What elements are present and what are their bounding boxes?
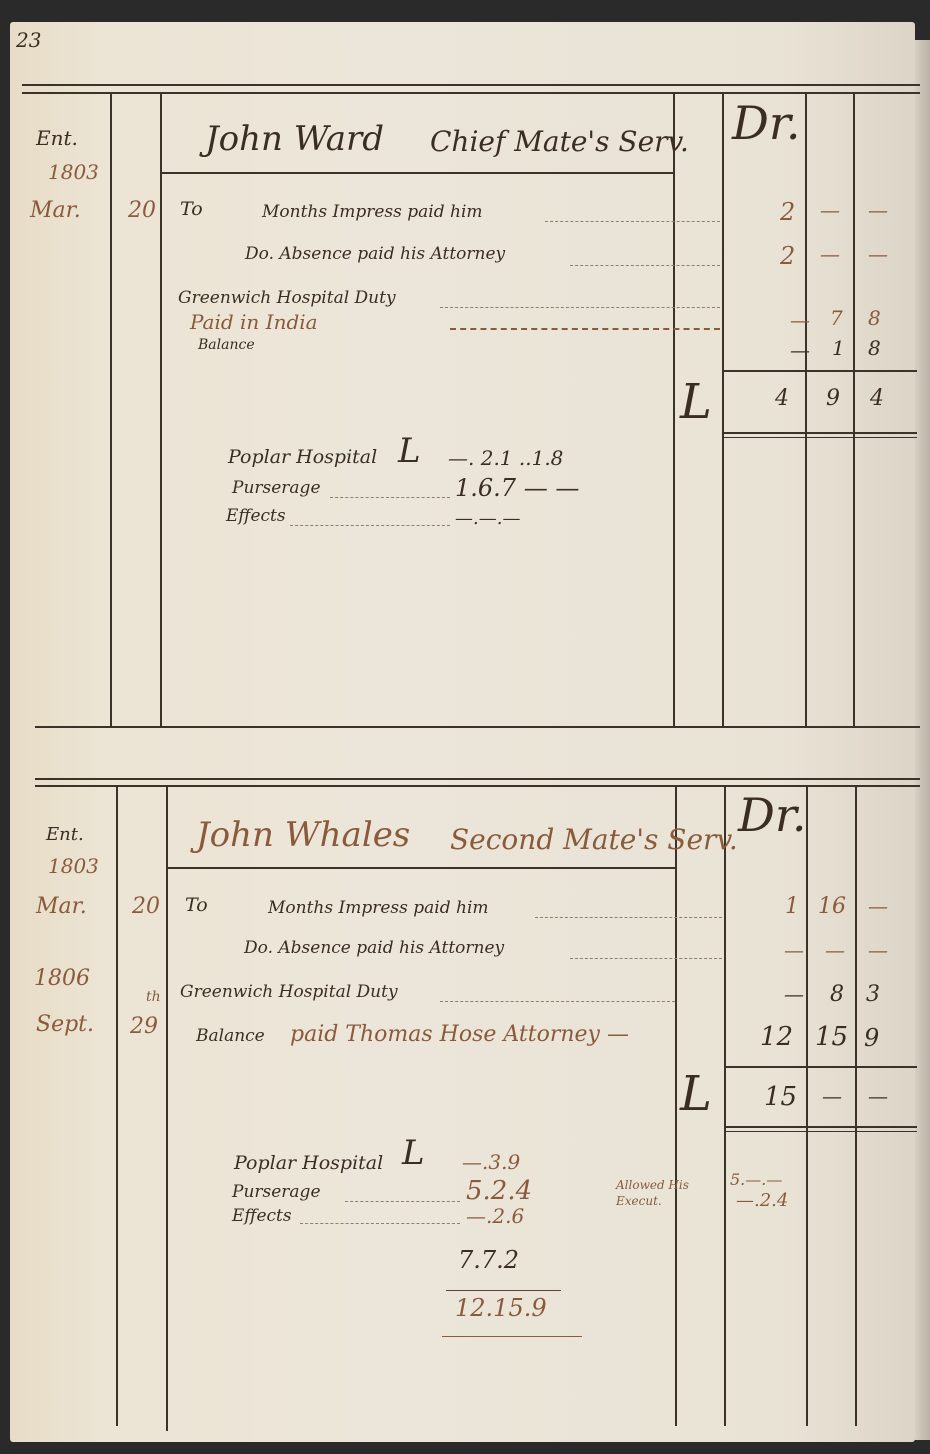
- column-rule: [805, 93, 807, 726]
- row-pence: —: [868, 940, 888, 960]
- row-pence: 8: [868, 308, 881, 328]
- total-shillings: —: [822, 1086, 842, 1106]
- page-edge: [915, 40, 930, 1440]
- row-pence: 9: [864, 1026, 879, 1050]
- column-rule: [853, 93, 855, 726]
- leader-dots: [545, 221, 720, 222]
- row-shillings: —: [825, 940, 845, 960]
- row-text: Greenwich Hospital Duty: [178, 290, 396, 307]
- entry-year-2: 1806: [34, 968, 90, 990]
- note-label: Effects: [226, 508, 286, 525]
- row-shillings: —: [820, 244, 840, 264]
- row-text: Months Impress paid him: [262, 204, 483, 221]
- leader-dots: [440, 307, 720, 308]
- header-rule: [161, 172, 673, 174]
- leader-dots: [535, 917, 722, 918]
- column-rule: [673, 93, 675, 726]
- sum-rule: [446, 1290, 561, 1291]
- column-rule: [806, 786, 808, 1426]
- total-pence: —: [868, 1086, 888, 1106]
- leader-dots: [440, 1001, 675, 1002]
- leader-dots: [290, 525, 450, 526]
- note-subtotal: 7.7.2: [458, 1248, 519, 1272]
- column-rule: [160, 93, 162, 726]
- entry-year: 1803: [48, 162, 99, 182]
- header-rule: [167, 867, 675, 869]
- total-pounds: 4: [775, 388, 789, 410]
- note-total: 12.15.9: [455, 1296, 547, 1320]
- column-rule: [724, 786, 726, 1426]
- column-rule: [855, 786, 857, 1426]
- leader-dots: [570, 265, 720, 266]
- note-label: Poplar Hospital: [234, 1154, 383, 1173]
- total-underline: [442, 1336, 582, 1337]
- entry-month: Mar.: [30, 200, 81, 222]
- leader-dots: [300, 1223, 460, 1224]
- note-label: Purserage: [232, 1184, 321, 1201]
- note-pound-symbol: L: [402, 1136, 425, 1170]
- leader-dots: [570, 958, 722, 959]
- entry-year: 1803: [48, 856, 99, 876]
- total-rule-top: [722, 370, 917, 372]
- row-pounds: 12: [760, 1024, 793, 1050]
- side-note-line2: —.2.4: [736, 1192, 788, 1210]
- side-note-line1: 5.—.—: [730, 1172, 782, 1188]
- column-rule: [110, 93, 112, 726]
- note-label: Poplar Hospital: [228, 448, 377, 467]
- note-value: 5.2.4: [466, 1178, 532, 1204]
- note-pound-symbol: L: [398, 434, 421, 468]
- row-pence: —: [868, 896, 888, 916]
- row-pounds: 2: [780, 200, 795, 224]
- row-pence: —: [868, 244, 888, 264]
- row-annotation: Paid in India: [190, 312, 318, 332]
- total-shillings: 9: [826, 388, 840, 410]
- note-value: 1.6.7 — —: [455, 476, 579, 500]
- debit-label: Dr.: [732, 100, 800, 146]
- account-rank: Second Mate's Serv.: [450, 826, 738, 854]
- top-rule: [35, 778, 920, 780]
- row-pence: 8: [868, 338, 881, 358]
- row-shillings: 8: [830, 984, 844, 1006]
- total-pence: 4: [870, 388, 884, 410]
- row-pounds: —: [784, 940, 804, 960]
- column-rule: [166, 786, 168, 1431]
- total-pounds: 15: [764, 1084, 797, 1110]
- row-shillings: 1: [832, 338, 845, 358]
- account-rank: Chief Mate's Serv.: [430, 128, 689, 156]
- entry-day-2: 29: [130, 1016, 158, 1038]
- total-rule-bottom: [722, 432, 917, 434]
- debit-label: Dr.: [738, 792, 806, 838]
- row-text: Balance: [198, 338, 255, 352]
- total-rule-top: [724, 1066, 917, 1068]
- annotation-dashes: [450, 328, 720, 330]
- note-label: Purserage: [232, 480, 321, 497]
- row-pence: —: [868, 200, 888, 220]
- entry-month-2: Sept.: [36, 1014, 94, 1036]
- row-text: Months Impress paid him: [268, 900, 489, 917]
- row-prefix: To: [185, 896, 208, 915]
- entry-day: 20: [128, 200, 156, 222]
- entry-bottom-rule: [35, 726, 920, 728]
- column-rule: [116, 786, 118, 1426]
- column-rule: [722, 93, 724, 726]
- side-note-label: Allowed His Execut.: [616, 1178, 696, 1209]
- row-text: Do. Absence paid his Attorney: [245, 246, 505, 263]
- row-annotation: paid Thomas Hose Attorney —: [290, 1024, 629, 1046]
- row-pounds: —: [784, 984, 804, 1004]
- row-pounds: —: [790, 310, 810, 330]
- top-rule: [22, 84, 920, 86]
- account-name: John Whales: [196, 818, 410, 852]
- row-shillings: —: [820, 200, 840, 220]
- ledger-page: [10, 22, 915, 1442]
- leader-dots: [345, 1201, 460, 1202]
- page-number: 23: [16, 30, 41, 50]
- entry-month: Mar.: [36, 896, 87, 918]
- entry-day: 20: [132, 896, 160, 918]
- leader-dots: [330, 497, 450, 498]
- row-pence: 3: [866, 984, 880, 1006]
- note-value: —. 2.1 ..1.8: [448, 448, 563, 468]
- row-text: Do. Absence paid his Attorney: [244, 940, 504, 957]
- account-name: John Ward: [205, 122, 384, 156]
- note-value: —.2.6: [466, 1206, 524, 1226]
- ent-label: Ent.: [36, 128, 78, 148]
- ent-label: Ent.: [46, 826, 84, 844]
- total-rule-bottom-2: [724, 1131, 917, 1132]
- row-shillings: 16: [818, 896, 846, 918]
- note-value: —.3.9: [462, 1152, 520, 1172]
- note-label: Effects: [232, 1208, 292, 1225]
- column-rule: [675, 786, 677, 1426]
- pound-symbol: L: [680, 378, 712, 426]
- row-text: Greenwich Hospital Duty: [180, 984, 398, 1001]
- entry-day-suffix: th: [146, 990, 161, 1004]
- row-shillings: 15: [815, 1024, 848, 1050]
- top-rule-2: [22, 92, 920, 94]
- row-prefix: To: [180, 200, 203, 219]
- total-rule-bottom-2: [722, 437, 917, 438]
- row-pounds: —: [790, 340, 810, 360]
- row-text: Balance: [196, 1028, 265, 1045]
- row-pounds: 2: [780, 244, 795, 268]
- row-pounds: 1: [785, 896, 799, 918]
- note-value: —.—.—: [455, 510, 520, 528]
- pound-symbol: L: [680, 1070, 712, 1118]
- total-rule-bottom: [724, 1126, 917, 1128]
- row-shillings: 7: [830, 308, 843, 328]
